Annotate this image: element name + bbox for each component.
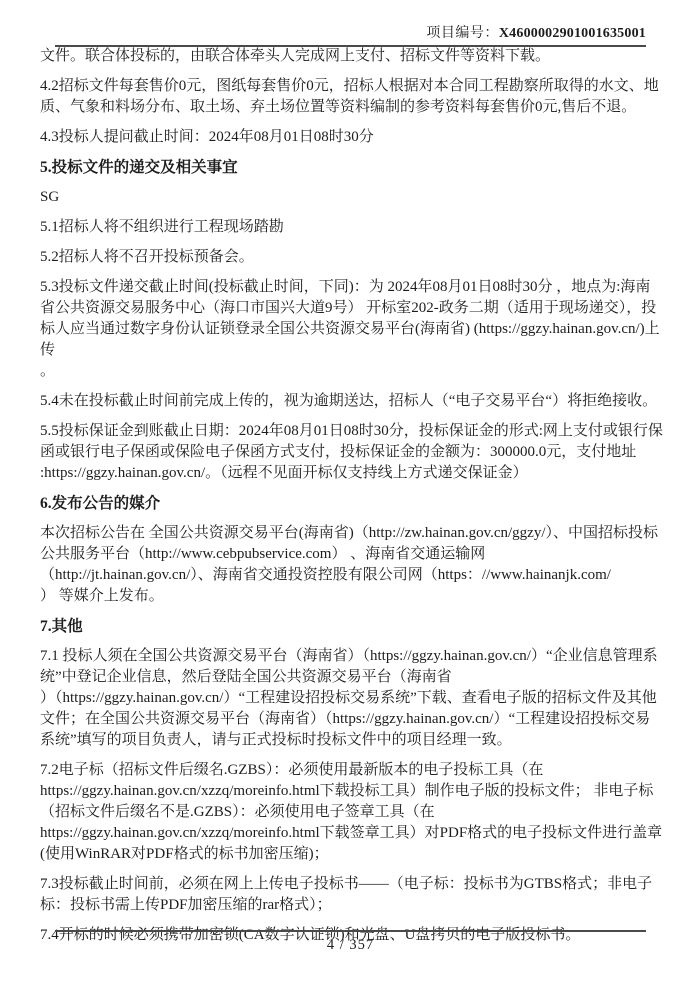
document-body: 文件。联合体投标的，由联合体牵头人完成网上支付、招标文件等资料下载。4.2招标文…	[40, 46, 663, 955]
clause-4-3: 4.3投标人提问截止时间：2024年08月01日08时30分	[40, 127, 663, 148]
clause-5-2: 5.2招标人将不召开投标预备会。	[40, 247, 663, 268]
document-page: 项目编号：X4600002901001635001 文件。联合体投标的，由联合体…	[0, 0, 700, 990]
clause-5-1: 5.1招标人将不组织进行工程现场踏勘	[40, 217, 663, 238]
section-6-heading: 6.发布公告的媒介	[40, 493, 663, 514]
page-number: 4 / 357	[327, 937, 374, 953]
project-number-label: 项目编号：	[426, 26, 499, 41]
page-footer: 4 / 357	[55, 930, 646, 954]
clause-7-3: 7.3投标截止时间前，必须在网上上传电子投标书——（电子标：投标书为GTBS格式…	[40, 874, 663, 916]
intro-continuation-paragraph: 文件。联合体投标的，由联合体牵头人完成网上支付、招标文件等资料下载。	[40, 46, 663, 67]
clause-6-body: 本次招标公告在 全国公共资源交易平台(海南省)（http://zw.hainan…	[40, 523, 663, 607]
sg-line: SG	[40, 187, 663, 208]
clause-7-2: 7.2电子标（招标文件后缀名.GZBS）：必须使用最新版本的电子投标工具（在 h…	[40, 760, 663, 865]
clause-5-3: 5.3投标文件递交截止时间(投标截止时间，下同)：为 2024年08月01日08…	[40, 277, 663, 382]
project-number-value: X4600002901001635001	[499, 26, 646, 41]
clause-5-4: 5.4未在投标截止时间前完成上传的，视为逾期送达，招标人（“电子交易平台“）将拒…	[40, 391, 663, 412]
section-5-heading: 5.投标文件的递交及相关事宜	[40, 157, 663, 178]
clause-5-5: 5.5投标保证金到账截止日期：2024年08月01日08时30分，投标保证金的形…	[40, 421, 663, 484]
clause-7-1: 7.1 投标人须在全国公共资源交易平台（海南省）（https://ggzy.ha…	[40, 646, 663, 751]
clause-4-2: 4.2招标文件每套售价0元，图纸每套售价0元，招标人根据对本合同工程勘察所取得的…	[40, 76, 663, 118]
section-7-heading: 7.其他	[40, 616, 663, 637]
page-header: 项目编号：X4600002901001635001	[55, 0, 646, 47]
